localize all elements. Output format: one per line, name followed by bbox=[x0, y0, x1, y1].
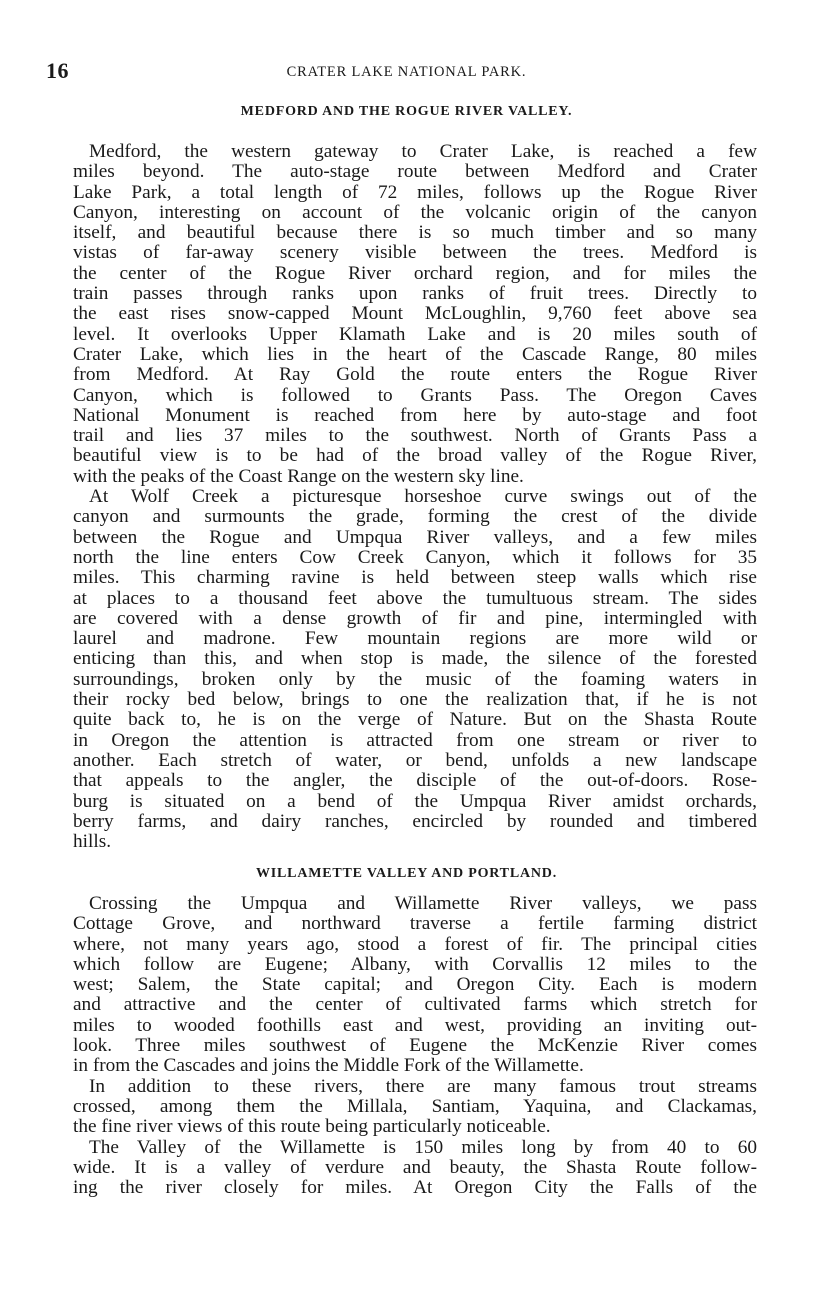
section-title-willamette: WILLAMETTE VALLEY AND PORTLAND. bbox=[0, 866, 813, 882]
text-line: beautiful view is to be had of the broad… bbox=[73, 446, 757, 466]
paragraph: Crossing the Umpqua and Willamette River… bbox=[73, 894, 757, 1077]
text-line: quite back to, he is on the verge of Nat… bbox=[73, 710, 757, 730]
text-line: itself, and beautiful because there is s… bbox=[73, 223, 757, 243]
text-line: with the peaks of the Coast Range on the… bbox=[73, 467, 757, 487]
text-line: hills. bbox=[73, 832, 757, 852]
text-line: wide. It is a valley of verdure and beau… bbox=[73, 1158, 757, 1178]
text-line: look. Three miles southwest of Eugene th… bbox=[73, 1036, 757, 1056]
text-line: the center of the Rogue River orchard re… bbox=[73, 264, 757, 284]
text-line: crossed, among them the Millala, Santiam… bbox=[73, 1097, 757, 1117]
running-head: CRATER LAKE NATIONAL PARK. bbox=[0, 64, 813, 81]
text-line: miles beyond. The auto-stage route betwe… bbox=[73, 162, 757, 182]
text-line: burg is situated on a bend of the Umpqua… bbox=[73, 792, 757, 812]
text-line: laurel and madrone. Few mountain regions… bbox=[73, 629, 757, 649]
text-line: in from the Cascades and joins the Middl… bbox=[73, 1056, 757, 1076]
text-line: the east rises snow-capped Mount McLough… bbox=[73, 304, 757, 324]
text-line: enticing than this, and when stop is mad… bbox=[73, 649, 757, 669]
text-line: train passes through ranks upon ranks of… bbox=[73, 284, 757, 304]
text-line: miles to wooded foothills east and west,… bbox=[73, 1016, 757, 1036]
text-line: Canyon, which is followed to Grants Pass… bbox=[73, 386, 757, 406]
text-line: vistas of far-away scenery visible betwe… bbox=[73, 243, 757, 263]
paragraph: In addition to these rivers, there are m… bbox=[73, 1077, 757, 1138]
text-line: The Valley of the Willamette is 150 mile… bbox=[73, 1138, 757, 1158]
text-line: trail and lies 37 miles to the southwest… bbox=[73, 426, 757, 446]
paragraph: The Valley of the Willamette is 150 mile… bbox=[73, 1138, 757, 1199]
text-line: In addition to these rivers, there are m… bbox=[73, 1077, 757, 1097]
text-line: another. Each stretch of water, or bend,… bbox=[73, 751, 757, 771]
text-line: Canyon, interesting on account of the vo… bbox=[73, 203, 757, 223]
text-line: National Monument is reached from here b… bbox=[73, 406, 757, 426]
paragraph: Medford, the western gateway to Crater L… bbox=[73, 142, 757, 487]
text-line: which follow are Eugene; Albany, with Co… bbox=[73, 955, 757, 975]
text-line: At Wolf Creek a picturesque horseshoe cu… bbox=[73, 487, 757, 507]
text-line: west; Salem, the State capital; and Oreg… bbox=[73, 975, 757, 995]
text-line: are covered with a dense growth of fir a… bbox=[73, 609, 757, 629]
section-body-medford: Medford, the western gateway to Crater L… bbox=[73, 142, 757, 852]
text-line: the fine river views of this route being… bbox=[73, 1117, 757, 1137]
section-body-willamette: Crossing the Umpqua and Willamette River… bbox=[73, 894, 757, 1198]
text-line: miles. This charming ravine is held betw… bbox=[73, 568, 757, 588]
text-line: in Oregon the attention is attracted fro… bbox=[73, 731, 757, 751]
section-title-medford: MEDFORD AND THE ROGUE RIVER VALLEY. bbox=[0, 104, 813, 120]
text-line: and attractive and the center of cultiva… bbox=[73, 995, 757, 1015]
text-line: that appeals to the angler, the disciple… bbox=[73, 771, 757, 791]
text-line: Crossing the Umpqua and Willamette River… bbox=[73, 894, 757, 914]
text-line: Crater Lake, which lies in the heart of … bbox=[73, 345, 757, 365]
text-line: surroundings, broken only by the music o… bbox=[73, 670, 757, 690]
text-line: their rocky bed below, brings to one the… bbox=[73, 690, 757, 710]
text-line: berry farms, and dairy ranches, encircle… bbox=[73, 812, 757, 832]
text-line: level. It overlooks Upper Klamath Lake a… bbox=[73, 325, 757, 345]
text-line: north the line enters Cow Creek Canyon, … bbox=[73, 548, 757, 568]
text-line: from Medford. At Ray Gold the route ente… bbox=[73, 365, 757, 385]
text-line: Lake Park, a total length of 72 miles, f… bbox=[73, 183, 757, 203]
text-line: Cottage Grove, and northward traverse a … bbox=[73, 914, 757, 934]
paragraph: At Wolf Creek a picturesque horseshoe cu… bbox=[73, 487, 757, 852]
text-line: at places to a thousand feet above the t… bbox=[73, 589, 757, 609]
text-line: between the Rogue and Umpqua River valle… bbox=[73, 528, 757, 548]
text-line: canyon and surmounts the grade, forming … bbox=[73, 507, 757, 527]
text-line: Medford, the western gateway to Crater L… bbox=[73, 142, 757, 162]
text-line: where, not many years ago, stood a fores… bbox=[73, 935, 757, 955]
text-line: ing the river closely for miles. At Oreg… bbox=[73, 1178, 757, 1198]
